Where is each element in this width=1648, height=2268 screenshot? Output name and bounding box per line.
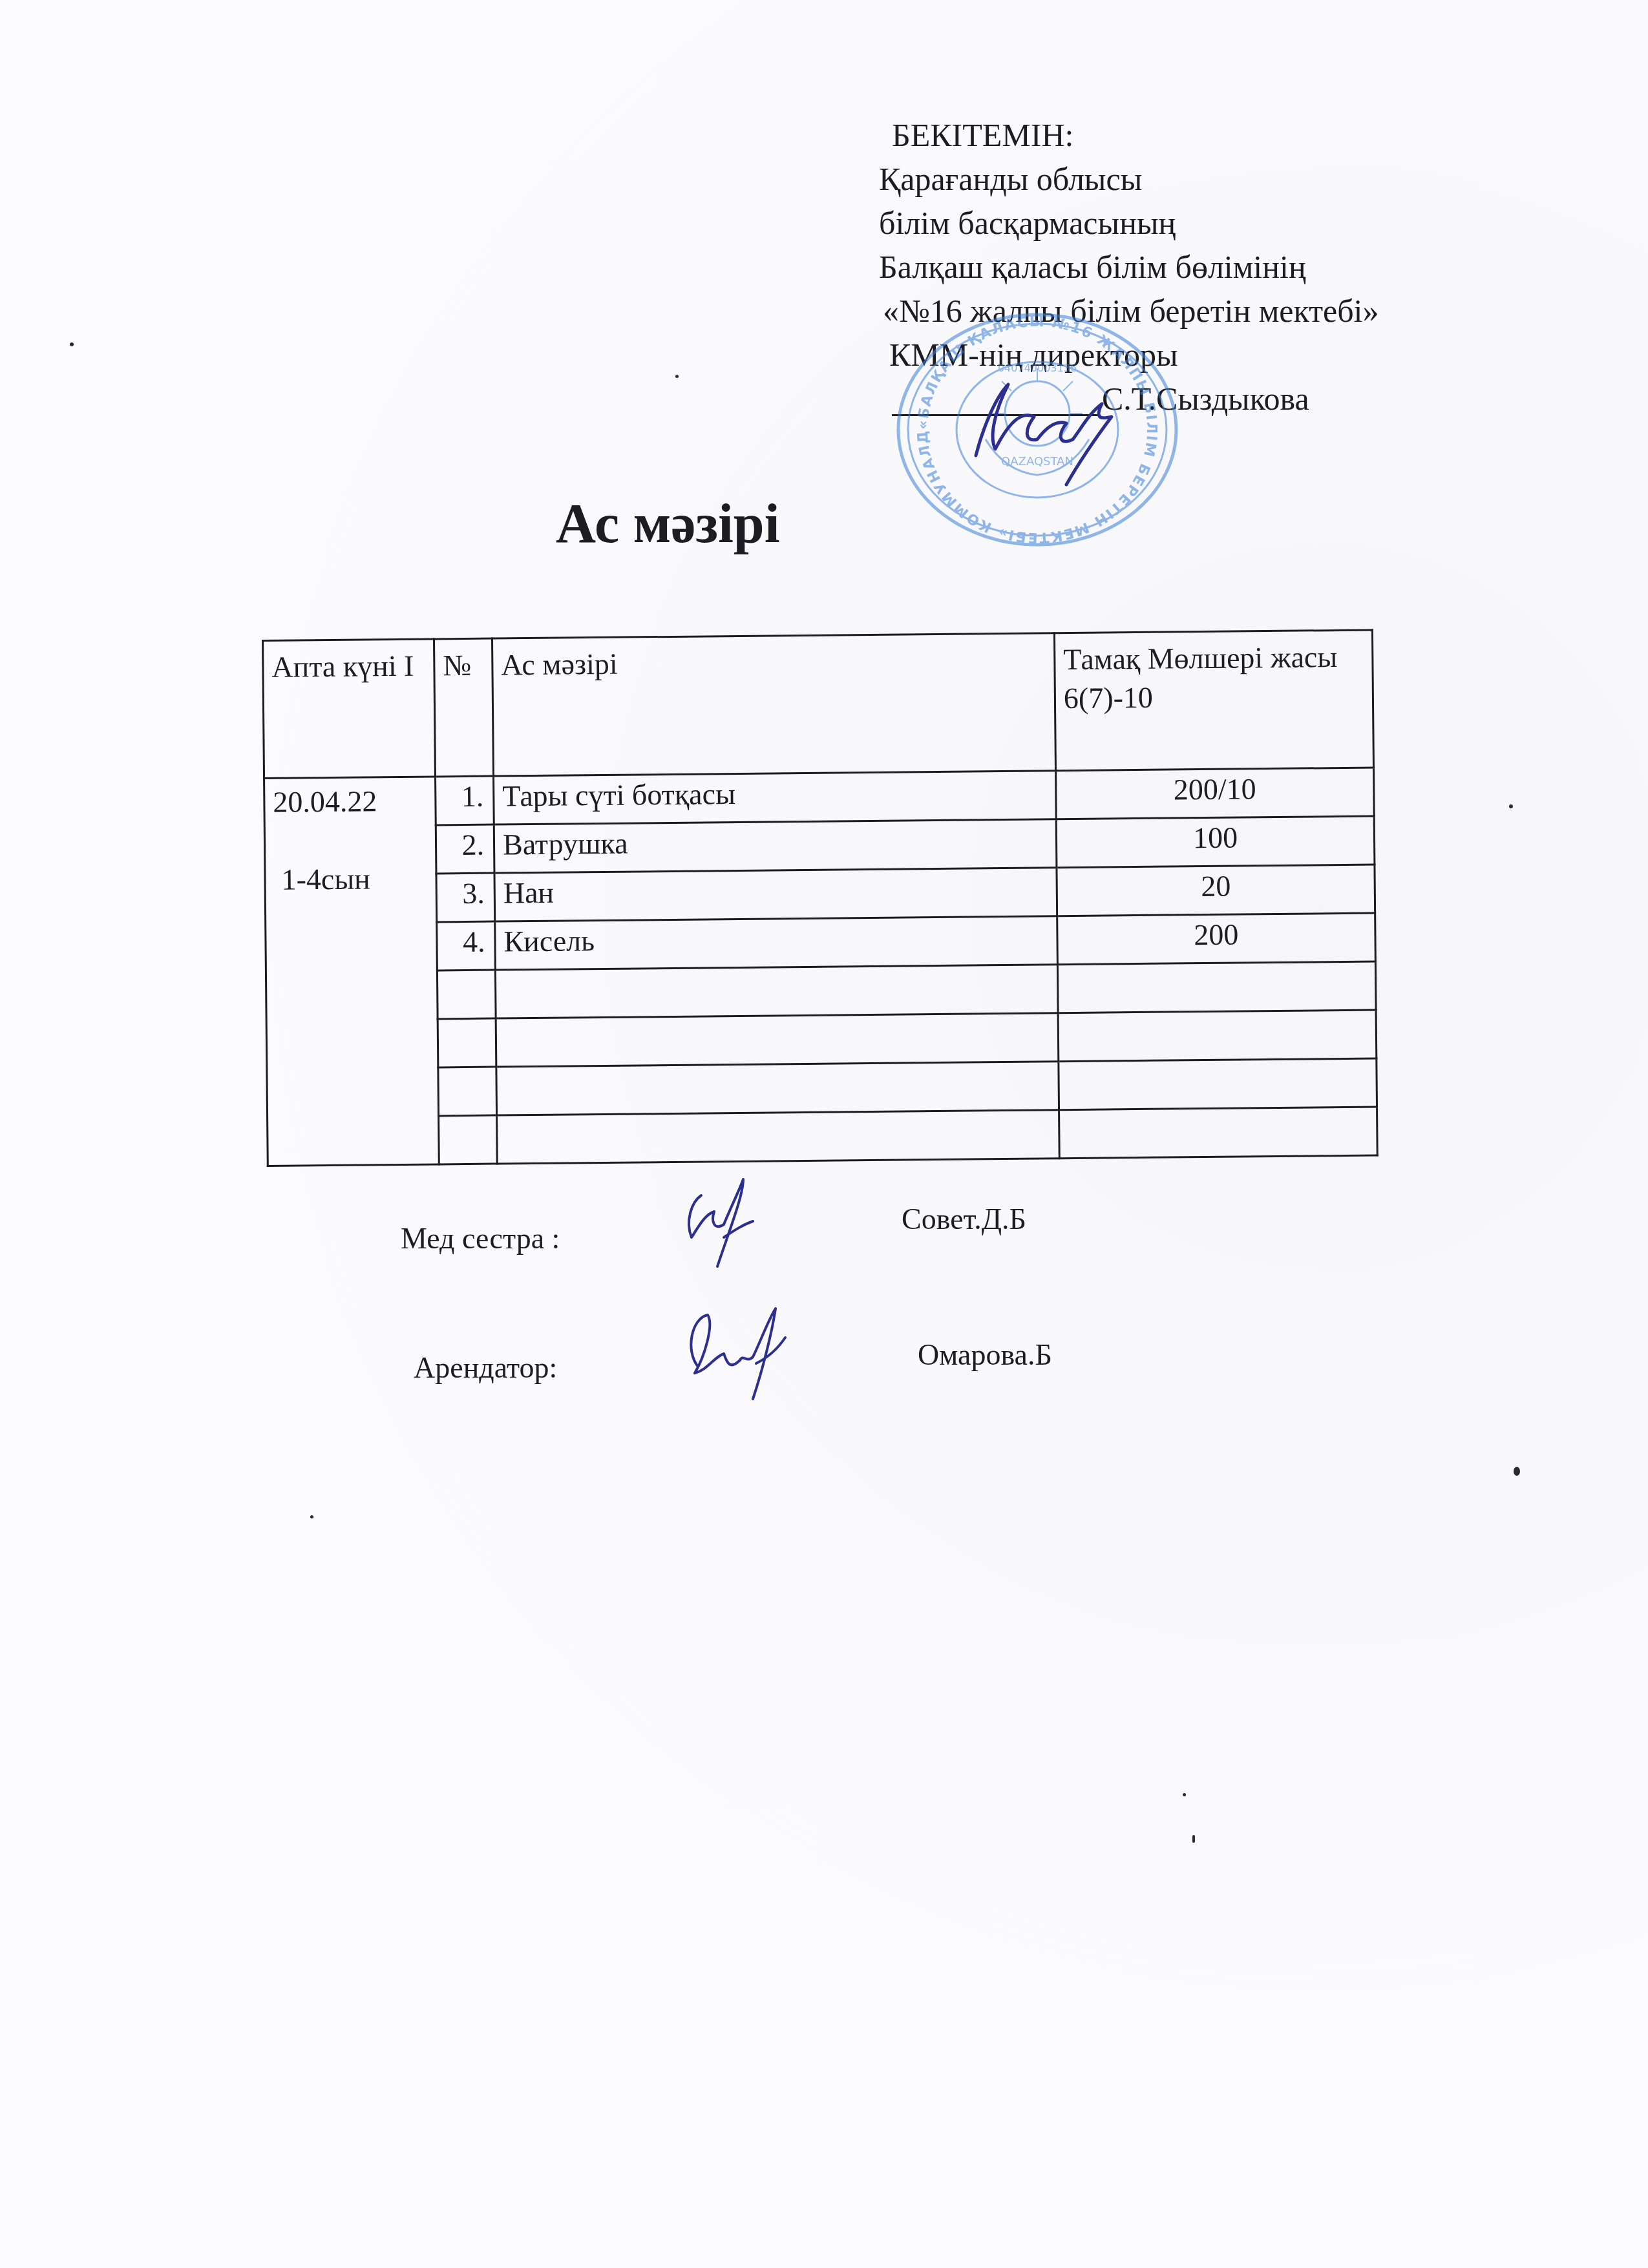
- row-dish: [496, 1062, 1059, 1115]
- scan-speck: [1514, 1467, 1520, 1476]
- scan-speck: [70, 342, 74, 346]
- row-number: [438, 1067, 497, 1116]
- signature-line: [892, 414, 1099, 416]
- tenant-signature-icon: [679, 1305, 808, 1402]
- approval-heading: БЕКІТЕМІН:: [879, 113, 1379, 157]
- row-number: 2.: [436, 824, 494, 874]
- header-quantity: Тамақ Мөлшері жасы 6(7)-10: [1054, 630, 1373, 771]
- scan-speck: [310, 1515, 313, 1518]
- scan-speck: [1509, 804, 1513, 808]
- row-dish: Ватрушка: [494, 819, 1057, 873]
- row-dish: Кисель: [495, 916, 1058, 970]
- approval-line: КММ-нің директоры: [879, 333, 1379, 377]
- row-number: 4.: [437, 921, 496, 971]
- row-quantity: 20: [1057, 865, 1375, 916]
- day-cell: 20.04.22 1-4сын: [264, 777, 439, 1166]
- table-header-row: Апта күні І № Ас мәзірі Тамақ Мөлшері жа…: [263, 630, 1374, 778]
- row-dish: [497, 1110, 1060, 1164]
- row-dish: [496, 1013, 1059, 1067]
- row-quantity: [1059, 1058, 1377, 1110]
- scan-speck: [1183, 1793, 1186, 1796]
- approval-line: «№16 жалпы білім беретін мектебі»: [879, 289, 1379, 333]
- menu-date: 20.04.22: [273, 782, 427, 822]
- row-quantity: 200: [1057, 913, 1376, 965]
- approval-line: білім басқармасының: [879, 201, 1379, 245]
- nurse-label: Мед сестра :: [401, 1221, 560, 1255]
- document-page: БЕКІТЕМІН: Қарағанды облысы білім басқар…: [0, 0, 1648, 2268]
- nurse-name: Совет.Д.Б: [902, 1202, 1026, 1236]
- row-quantity: [1057, 961, 1376, 1013]
- row-quantity: 100: [1056, 816, 1375, 868]
- row-number: 3.: [436, 873, 495, 922]
- row-number: [439, 1115, 498, 1164]
- director-sign-row: С.Т.Сыздыкова: [879, 377, 1379, 421]
- row-number: [437, 970, 496, 1019]
- row-number: 1.: [436, 776, 494, 825]
- scan-speck: [1192, 1835, 1195, 1843]
- page-title: Ас мәзірі: [556, 491, 780, 556]
- row-dish: Тары сүті ботқасы: [494, 771, 1057, 824]
- row-dish: [495, 965, 1058, 1018]
- header-day: Апта күні І: [263, 639, 436, 779]
- header-number: №: [434, 638, 494, 777]
- director-name: С.Т.Сыздыкова: [1102, 377, 1309, 421]
- row-dish: Нан: [494, 868, 1057, 921]
- row-quantity: [1059, 1107, 1378, 1159]
- row-quantity: [1058, 1010, 1377, 1062]
- approval-line: Балқаш қаласы білім бөлімінің: [879, 245, 1379, 289]
- row-number: [438, 1018, 496, 1067]
- nurse-signature-icon: [679, 1176, 769, 1273]
- row-quantity: 200/10: [1056, 768, 1375, 819]
- tenant-name: Омарова.Б: [918, 1338, 1052, 1372]
- approval-block: БЕКІТЕМІН: Қарағанды облысы білім басқар…: [879, 113, 1379, 421]
- approval-line: Қарағанды облысы: [879, 157, 1379, 201]
- scan-speck: [675, 375, 679, 378]
- header-dish: Ас мәзірі: [492, 633, 1055, 776]
- tenant-label: Арендатор:: [414, 1350, 557, 1385]
- stamp-inner-text: QAZAQSTAN: [1001, 455, 1073, 468]
- menu-grade: 1-4сын: [273, 859, 428, 899]
- menu-table: Апта күні І № Ас мәзірі Тамақ Мөлшері жа…: [262, 629, 1379, 1166]
